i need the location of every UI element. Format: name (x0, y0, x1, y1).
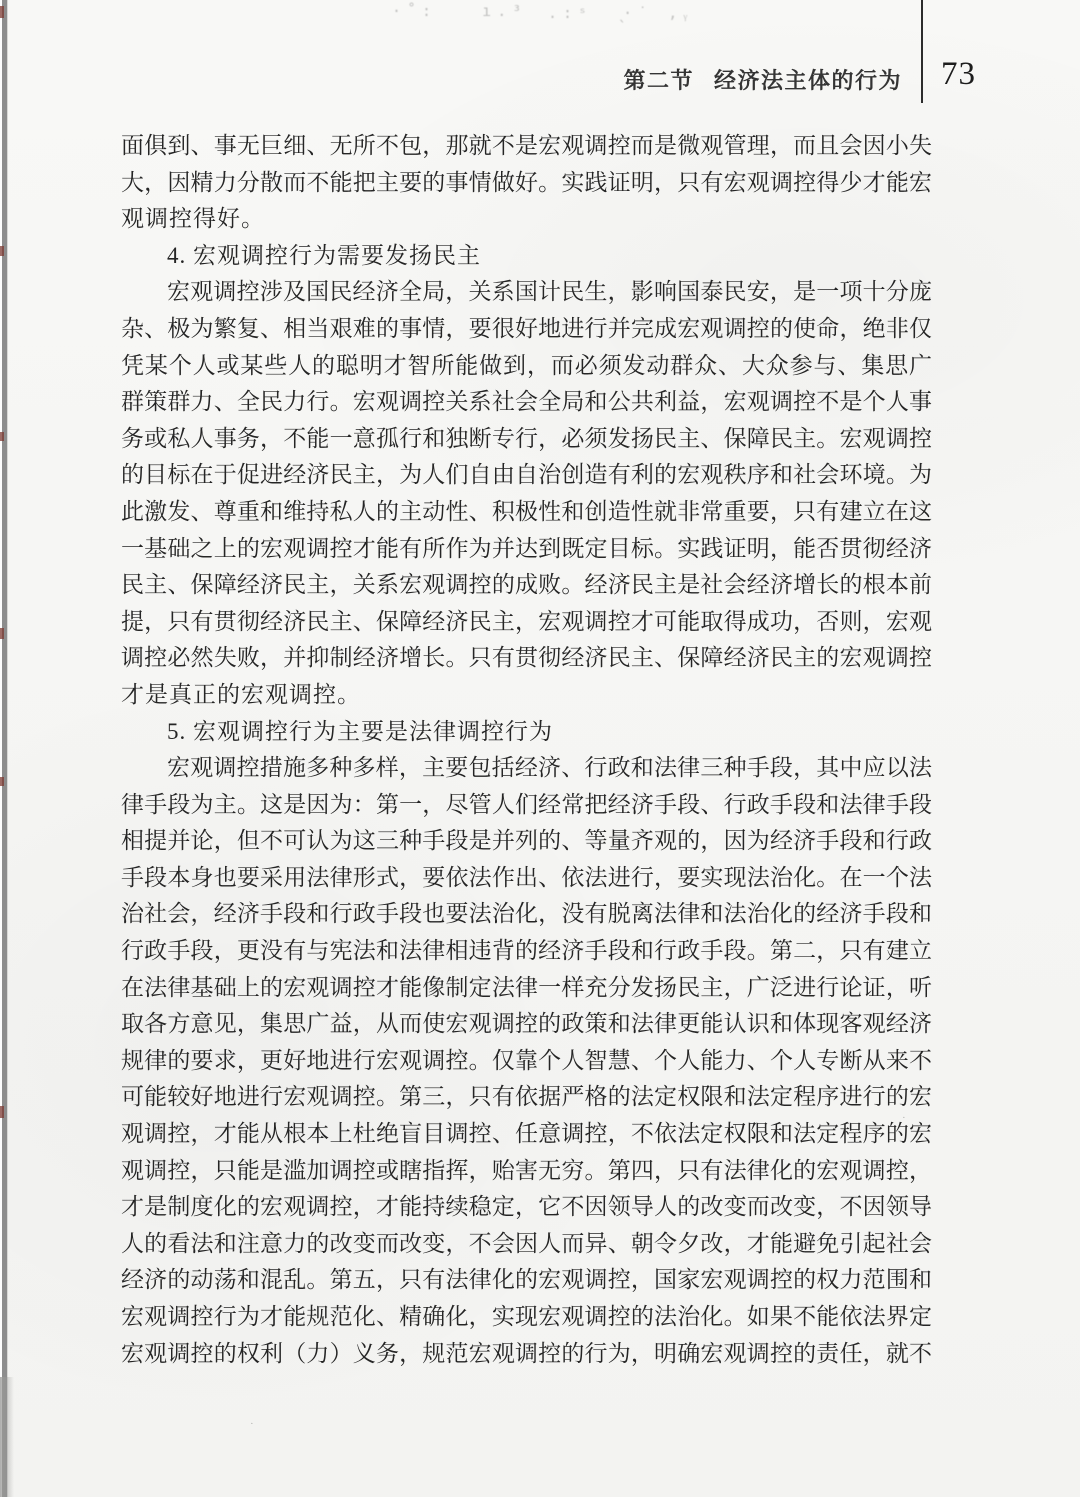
body-text-line: 宏观调控措施多种多样，主要包括经济、行政和法律三种手段，其中应以法 (121, 750, 932, 787)
body-text-line: 规律的要求，更好地进行宏观调控。仅靠个人智慧、个人能力、个人专断从来不 (121, 1043, 932, 1080)
body-text-line: 经济的动荡和混乱。第五，只有法律化的宏观调控，国家宏观调控的权力范围和 (121, 1262, 932, 1299)
section-heading: 5. 宏观调控行为主要是法律调控行为 (121, 714, 932, 751)
body-text-line: 治社会，经济手段和行政手段也要法治化，没有脱离法律和法治化的经济手段和 (121, 896, 932, 933)
book-page: ·˚: ı.³ .:ˢ ̖·˙ ,ᵧ · · · 第二节经济法主体的行为 73 … (0, 0, 1080, 1497)
scan-speck: · (250, 1418, 254, 1430)
body-text-line: 群策群力、全民力行。宏观调控关系社会全局和公共利益，宏观调控不是个人事 (121, 384, 932, 421)
scan-edge-fleck (0, 432, 4, 441)
running-head: 第二节经济法主体的行为 73 (0, 0, 1080, 120)
body-text-line: 宏观调控行为才能规范化、精确化，实现宏观调控的法治化。如果不能依法界定 (121, 1299, 932, 1336)
body-text-line: 大，因精力分散而不能把主要的事情做好。实践证明，只有宏观调控得少才能宏 (121, 165, 932, 202)
body-text-line: 的目标在于促进经济民主，为人们自由自治创造有利的宏观秩序和社会环境。为 (121, 457, 932, 494)
body-text-line: 此激发、尊重和维持私人的主动性、积极性和创造性就非常重要，只有建立在这 (121, 494, 932, 531)
body-text-line: 手段本身也要采用法律形式，要依法作出、依法进行，要实现法治化。在一个法 (121, 860, 932, 897)
body-text-line: 杂、极为繁复、相当艰难的事情，要很好地进行并完成宏观调控的使命，绝非仅 (121, 311, 932, 348)
body-text-line: 宏观调控的权利（力）义务，规范宏观调控的行为，明确宏观调控的责任，就不 (121, 1336, 932, 1373)
body-text-line: 行政手段，更没有与宪法和法律相违背的经济手段和行政手段。第二，只有建立 (121, 933, 932, 970)
section-heading: 4. 宏观调控行为需要发扬民主 (121, 238, 932, 275)
body-text-line: 凭某个人或某些人的聪明才智所能做到，而必须发动群众、大众参与、集思广益、 (121, 348, 932, 385)
body-text-line: 才是真正的宏观调控。 (121, 677, 932, 714)
body-text-line: 观调控，只能是滥加调控或瞎指挥，贻害无穷。第四，只有法律化的宏观调控， (121, 1153, 932, 1190)
section-number: 第二节 (623, 68, 694, 93)
body-text-line: 宏观调控涉及国民经济全局，关系国计民生，影响国泰民安，是一项十分庞 (121, 274, 932, 311)
scan-edge-fleck (0, 777, 4, 786)
body-text-line: 务或私人事务，不能一意孤行和独断专行，必须发扬民主、保障民主。宏观调控 (121, 421, 932, 458)
body-text-line: 可能较好地进行宏观调控。第三，只有依据严格的法定权限和法定程序进行的宏 (121, 1079, 932, 1116)
scan-edge-fleck (0, 628, 4, 639)
scan-edge-fleck (0, 246, 4, 256)
body-text-line: 调控必然失败，并抑制经济增长。只有贯彻经济民主、保障经济民主的宏观调控 (121, 640, 932, 677)
body-text-line: 律手段为主。这是因为：第一，尽管人们经常把经济手段、行政手段和法律手段 (121, 787, 932, 824)
body-text-line: 才是制度化的宏观调控，才能持续稳定，它不因领导人的改变而改变，不因领导 (121, 1189, 932, 1226)
head-divider-rule (921, 0, 923, 103)
scan-spine-edge (0, 0, 8, 1497)
body-text-line: 取各方意见，集思广益，从而使宏观调控的政策和法律更能认识和体现客观经济 (121, 1006, 932, 1043)
body-text-line: 面俱到、事无巨细、无所不包，那就不是宏观调控而是微观管理，而且会因小失 (121, 128, 932, 165)
body-text-line: 观调控，才能从根本上杜绝盲目调控、任意调控，不依法定权限和法定程序的宏 (121, 1116, 932, 1153)
body-text-line: 一基础之上的宏观调控才能有所作为并达到既定目标。实践证明，能否贯彻经济 (121, 531, 932, 568)
body-text-line: 人的看法和注意力的改变而改变，不会因人而异、朝令夕改，才能避免引起社会 (121, 1226, 932, 1263)
scan-edge-fleck (0, 1106, 4, 1118)
body-text-line: 观调控得好。 (121, 201, 932, 238)
scan-spine-shadow (0, 1377, 14, 1497)
body-text-line: 民主、保障经济民主，关系宏观调控的成败。经济民主是社会经济增长的根本前 (121, 567, 932, 604)
running-head-title: 第二节经济法主体的行为 (623, 64, 902, 95)
body-text-line: 提，只有贯彻经济民主、保障经济民主，宏观调控才可能取得成功，否则，宏观 (121, 604, 932, 641)
body-text-line: 相提并论，但不可认为这三种手段是并列的、等量齐观的，因为经济手段和行政 (121, 823, 932, 860)
section-name: 经济法主体的行为 (714, 68, 902, 93)
body-text: 面俱到、事无巨细、无所不包，那就不是宏观调控而是微观管理，而且会因小失大，因精力… (121, 128, 932, 1372)
body-text-line: 在法律基础上的宏观调控才能像制定法律一样充分发扬民主，广泛进行论证，听 (121, 970, 932, 1007)
page-number: 73 (941, 56, 1001, 93)
